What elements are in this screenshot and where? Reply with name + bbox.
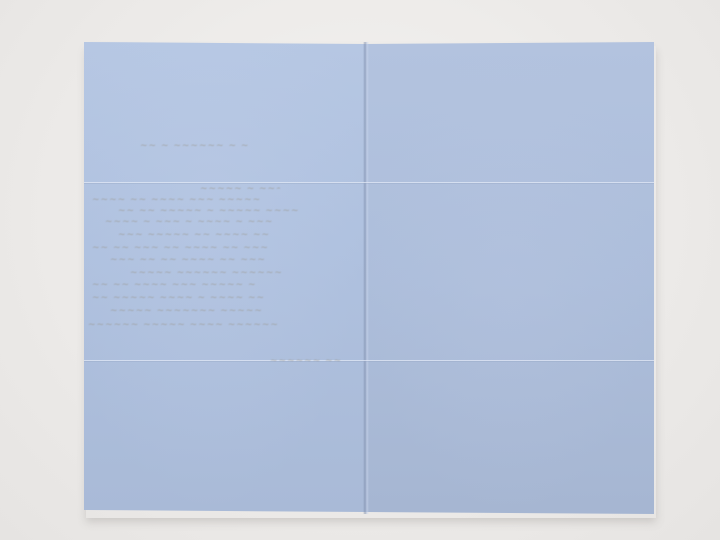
fold-line [366,182,654,183]
open-letter: ~~ ~ ~~~~~~ ~ ~ ~~~~~~ ~ ~~~~~~~~ ~~ ~~~… [0,0,720,540]
handwriting-line: ~~~~~ ~~~~~~ ~~~~~~ [130,270,340,276]
handwriting-line: ~~~~~~ ~~~~~ ~~~~ ~~~~~~ [88,322,333,328]
handwriting-line: ~~ ~~ ~~~ ~~ ~~~~ ~~ ~~~ [92,245,337,251]
handwriting-line: ~~ ~ ~~~~~~ ~ ~ ~ [140,143,250,149]
center-fold-spine [363,42,369,514]
handwriting-line: ~~~~~ ~ ~~~~ [200,186,280,192]
handwriting-line: ~~~~~ ~~~~~~~ ~~~~~ [110,308,335,314]
fold-line [84,182,366,183]
handwriting-line: ~~~~~~ ~~~~~ [270,358,340,364]
right-page [366,42,654,514]
handwriting-line: ~~ ~~ ~~~~ ~~~ ~~~~~ ~ [92,282,332,288]
left-page [84,42,366,512]
handwriting-line: ~~ ~~~~~ ~~~~ ~ ~~~~ ~~ [92,295,332,301]
handwriting-line: ~~ ~~ ~~~~~ ~ ~~~~~ ~~~~ [118,208,338,214]
handwriting-line: ~~~ ~~ ~~ ~~~~ ~~ ~~~ [110,257,335,263]
handwriting-line: ~~~~ ~~ ~~~~ ~~~ ~~~~~ [92,197,332,203]
handwriting-line: ~~~~ ~ ~~~ ~ ~~~~ ~ ~~~ [105,219,335,225]
handwriting-line: ~~~ ~~~~~ ~~ ~~~~ ~~ [118,232,338,238]
fold-line [366,360,654,361]
